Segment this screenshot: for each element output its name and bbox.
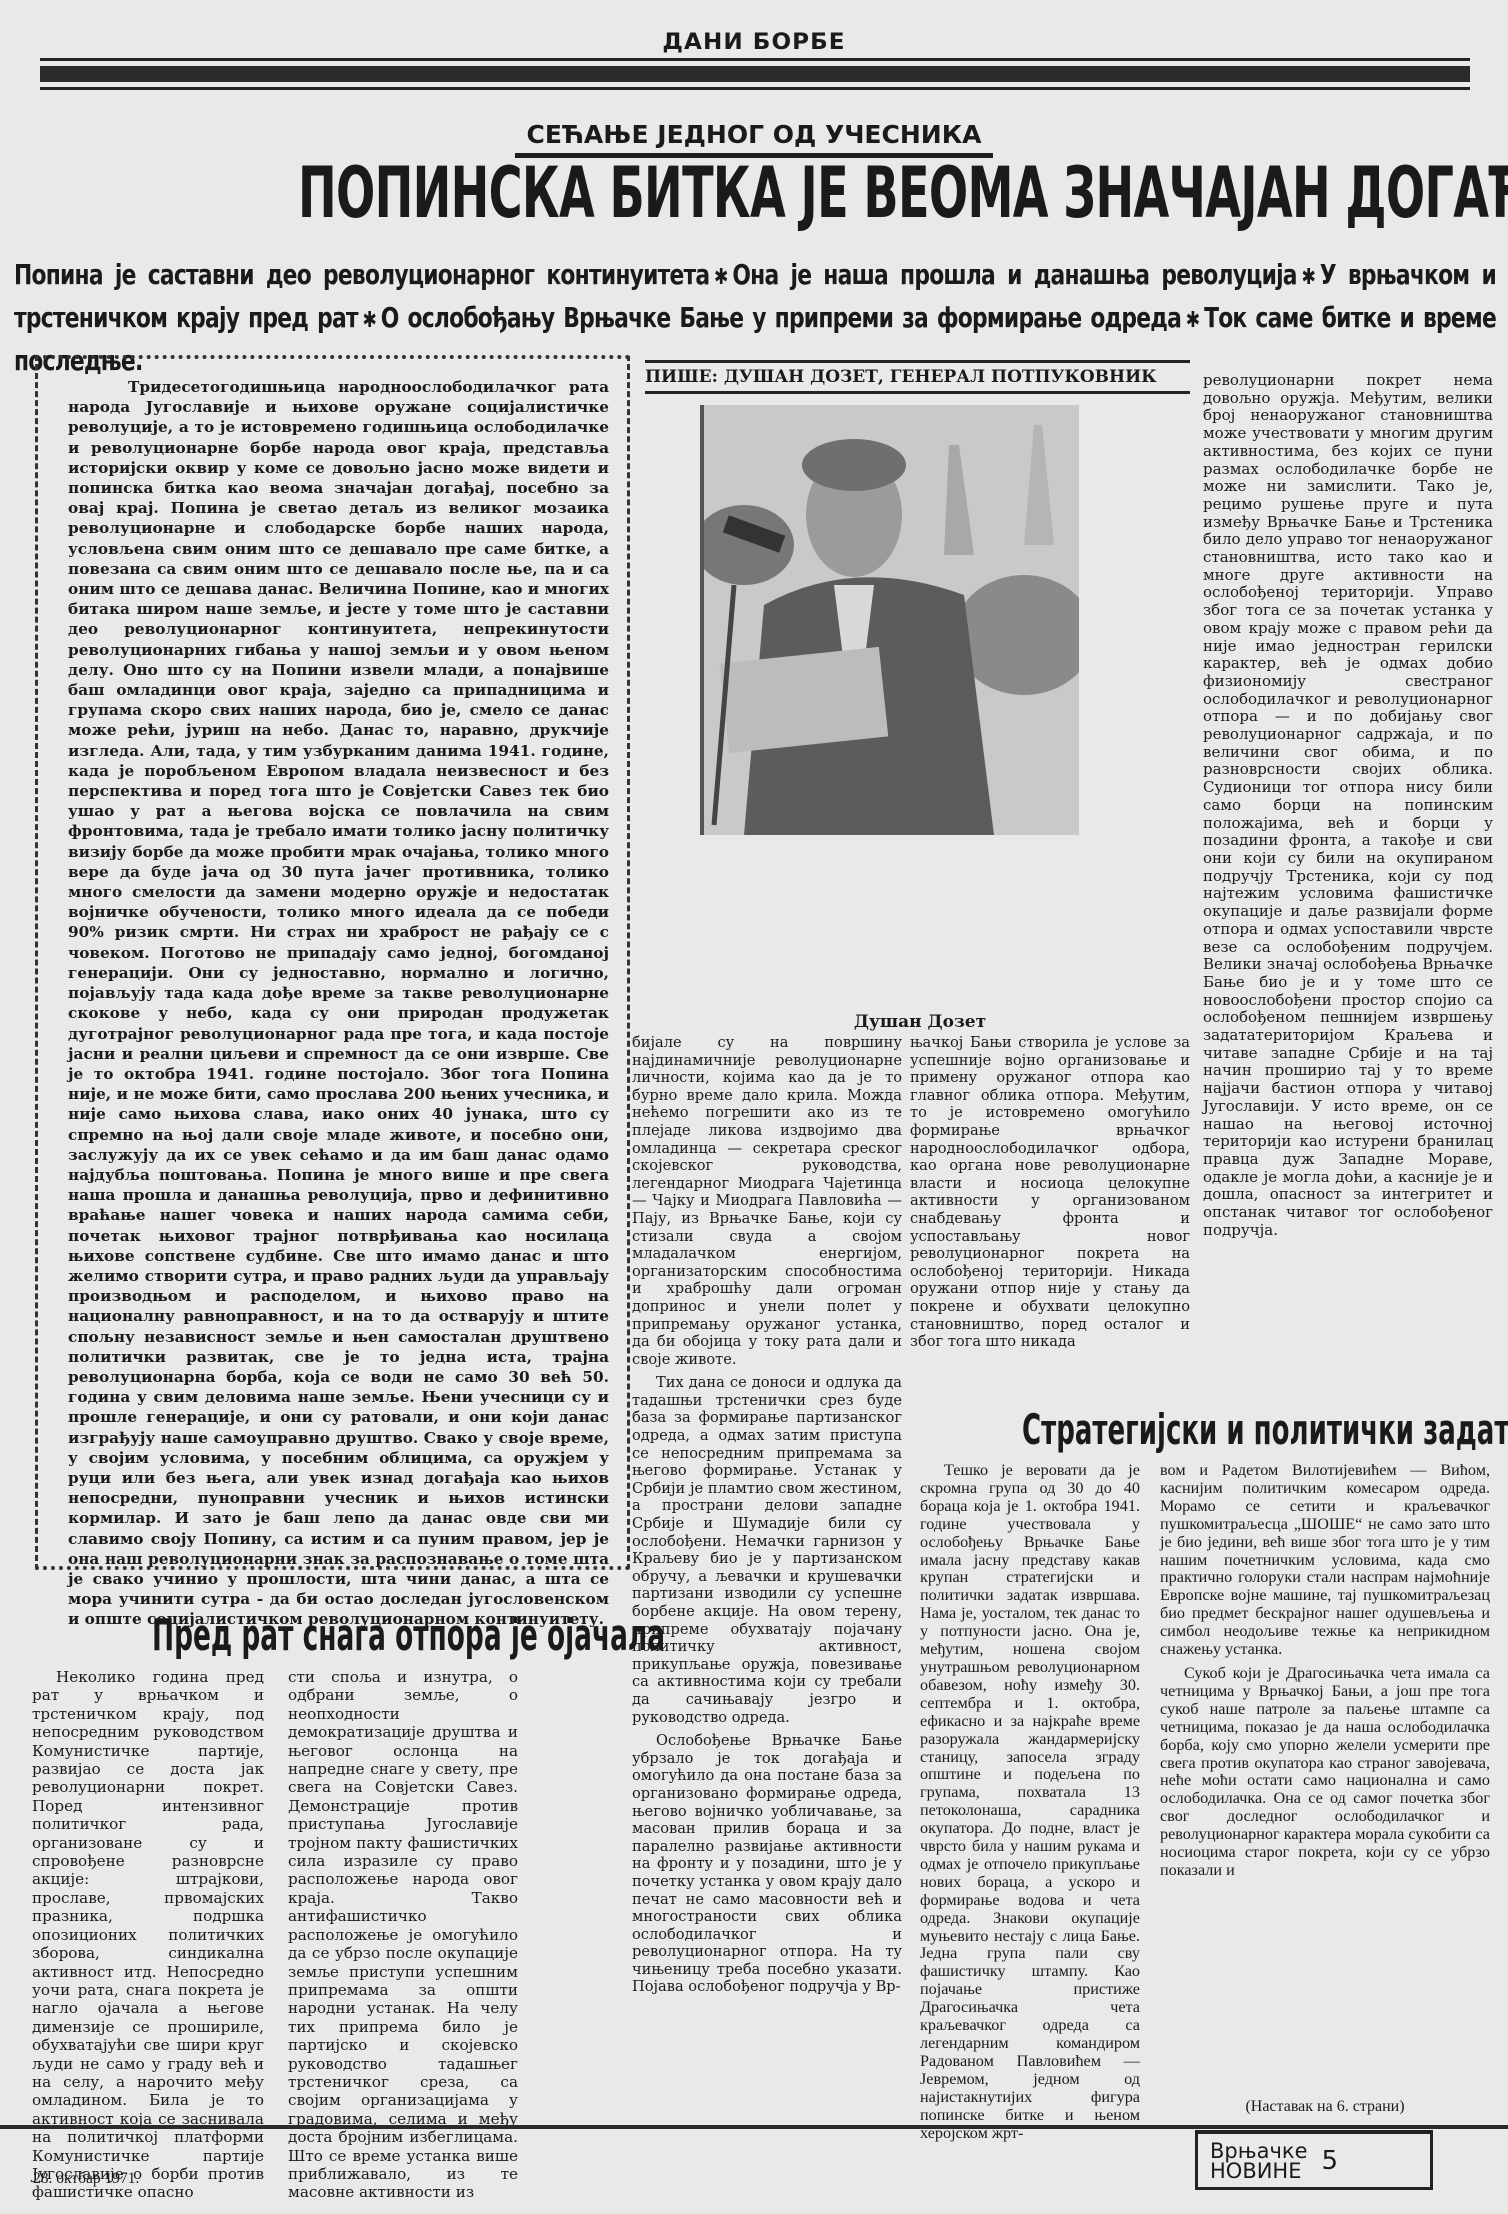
continuation-note: (Наставак на 6. страни) [1160,2098,1490,2116]
paragraph: сти споља и изнутра, о одбрани земље, о … [288,1668,518,2202]
paragraph: бијале су на површину најдинамичније рев… [632,1034,902,1368]
footer-rule [0,2125,1508,2129]
strategic-column-b: вом и Радетом Вилотијевићем — Вићом, кас… [1160,1462,1490,1880]
paragraph: револуционарни покрет нема довољно оружј… [1203,372,1493,1239]
issue-date: 28. октбар 1971. [33,2170,139,2188]
middle-column-a: бијале су на површину најдинамичније рев… [632,1034,902,1996]
author-photo [700,405,1079,835]
intro-text: Тридесетогодишњица народноослободилачког… [68,377,609,1630]
headline: ПОПИНСКА БИТКА ЈЕ ВЕОМА ЗНАЧАЈАН ДОГАЂАЈ [298,158,1222,228]
star-icon: ✱ [1301,265,1315,290]
masthead-line2: НОВИНЕ [1210,2161,1307,2181]
paragraph: Тешко је веровати да је скромна група од… [920,1462,1140,2142]
subhead-item: Попина је саставни део револуционарног к… [14,258,709,291]
page-number: 5 [1321,2146,1338,2176]
paragraph: Тих дана се доноси и одлука да тадашњи т… [632,1374,902,1726]
paragraph: вом и Радетом Вилотијевићем — Вићом, кас… [1160,1462,1490,1659]
star-icon: ✱ [714,265,728,290]
paragraph: Неколико година пред рат у врњачком и тр… [32,1668,264,2202]
right-column: револуционарни покрет нема довољно оружј… [1203,372,1493,1239]
paragraph: Сукоб који је Драгосињачка чета имала са… [1160,1665,1490,1880]
prewar-column-b: сти споља и изнутра, о одбрани земље, о … [288,1668,518,2202]
strategic-section-title: Стратегијски и политички задатак [1022,1405,1394,1454]
header-band-divider [40,58,1470,90]
strategic-column-a: Тешко је веровати да је скромна група од… [920,1462,1140,2142]
prewar-column-a: Неколико година пред рат у врњачком и тр… [32,1668,264,2202]
masthead-box: Врњачке НОВИНЕ 5 [1195,2130,1433,2190]
photo-caption: Душан Дозет [640,1012,1200,1032]
byline: ПИШЕ: ДУШАН ДОЗЕТ, ГЕНЕРАЛ ПОТПУКОВНИК [645,360,1190,394]
middle-column-b: њачкој Бањи створила је услове за успешн… [910,1034,1190,1351]
framed-intro-box: Тридесетогодишњица народноослободилачког… [35,355,630,1570]
masthead-name: Врњачке НОВИНЕ [1210,2141,1307,2181]
paragraph: Ослобођење Врњачке Бање убрзало је ток д… [632,1732,902,1996]
section-label: ДАНИ БОРБЕ [0,30,1508,55]
speaker-photo-illustration [704,405,1079,835]
intro-paragraph: Тридесетогодишњица народноослободилачког… [68,377,609,1630]
paragraph: њачкој Бањи створила је услове за успешн… [910,1034,1190,1351]
prewar-section-title: Пред рат снага отпора је ојачала [152,1610,518,1661]
subhead-item: О ослобођању Врњачке Бање у припреми за … [381,301,1181,334]
subhead-item: Она је наша прошла и данашња револуција [732,258,1296,291]
star-icon: ✱ [1186,308,1200,333]
masthead-line1: Врњачке [1210,2141,1307,2161]
star-icon: ✱ [362,308,376,333]
